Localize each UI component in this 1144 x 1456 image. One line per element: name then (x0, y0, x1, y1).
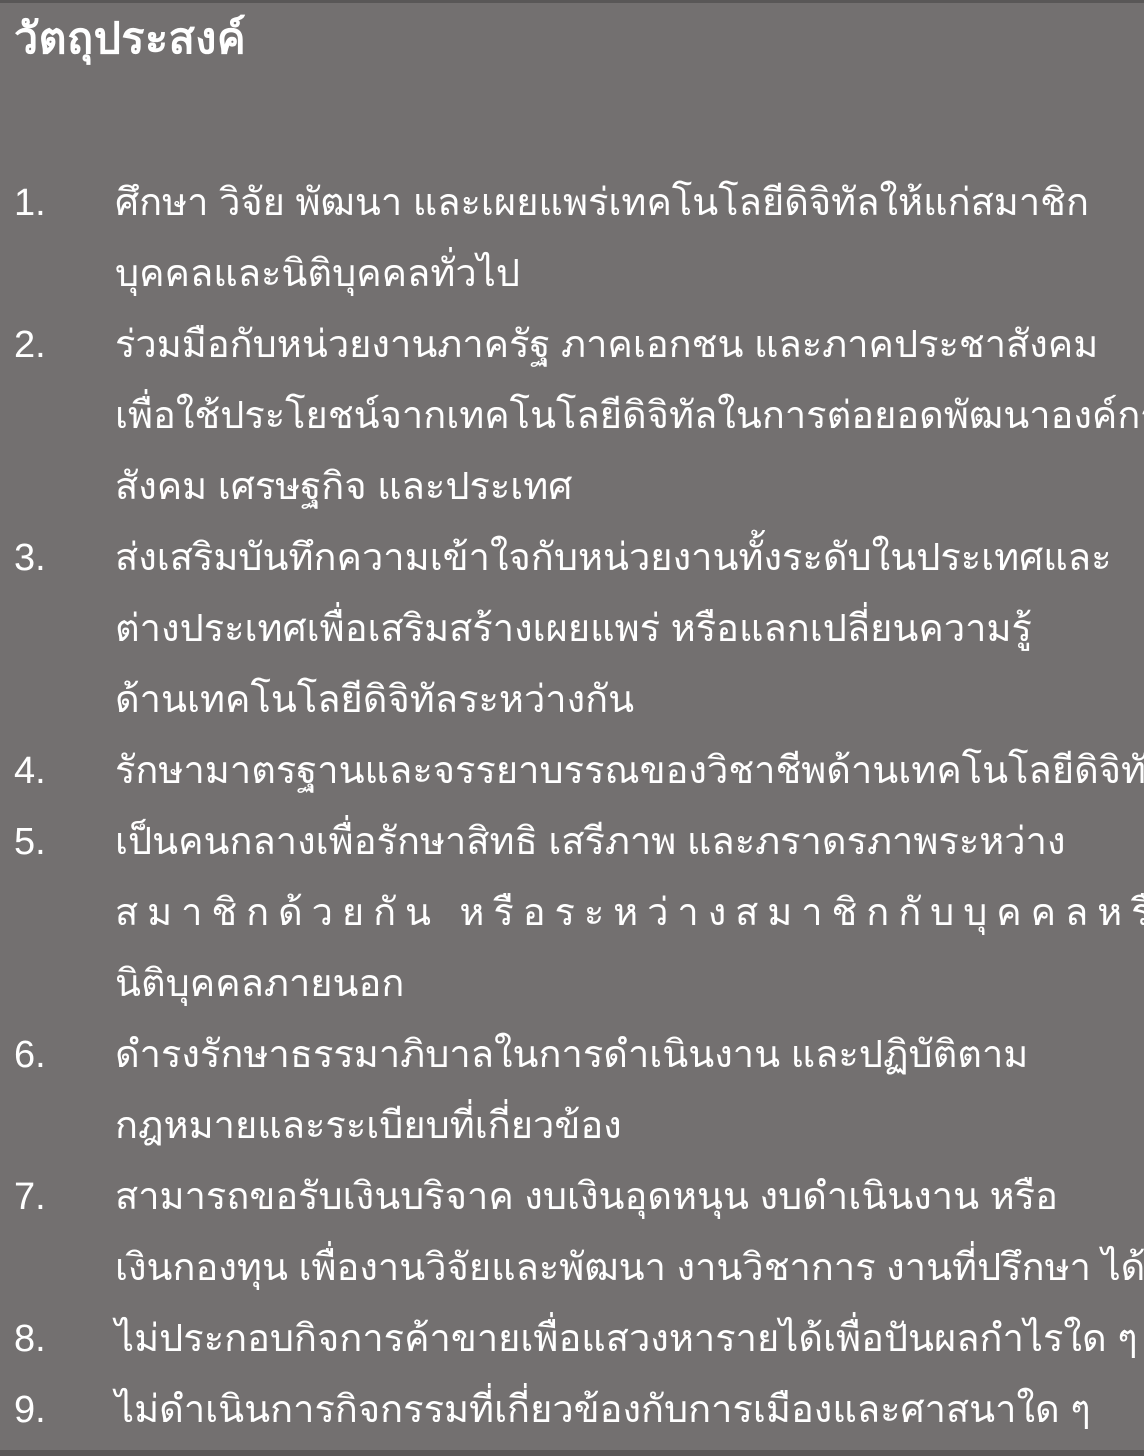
item-line: บุคคลและนิติบุคคลทั่วไป (115, 239, 1130, 310)
item-text: สามารถขอรับเงินบริจาค งบเงินอุดหนุน งบดำ… (115, 1162, 1144, 1304)
objective-item-3: 3. ส่งเสริมบันทึกความเข้าใจกับหน่วยงานทั… (12, 523, 1130, 736)
item-text: ร่วมมือกับหน่วยงานภาครัฐ ภาคเอกชน และภาค… (115, 310, 1144, 523)
objective-item-5: 5. เป็นคนกลางเพื่อรักษาสิทธิ เสรีภาพ และ… (12, 807, 1130, 1020)
item-number: 1. (12, 168, 115, 239)
item-line: เพื่อใช้ประโยชน์จากเทคโนโลยีดิจิทัลในการ… (115, 381, 1144, 452)
item-text: ส่งเสริมบันทึกความเข้าใจกับหน่วยงานทั้งร… (115, 523, 1130, 736)
item-line: ไม่ดำเนินการกิจกรรมที่เกี่ยวข้องกับการเม… (115, 1375, 1130, 1446)
item-line: เป็นคนกลางเพื่อรักษาสิทธิ เสรีภาพ และภรา… (115, 807, 1144, 878)
item-line: ด้านเทคโนโลยีดิจิทัลระหว่างกัน (115, 665, 1130, 736)
item-line: เงินกองทุน เพื่องานวิจัยและพัฒนา งานวิชา… (115, 1233, 1144, 1304)
item-line: ร่วมมือกับหน่วยงานภาครัฐ ภาคเอกชน และภาค… (115, 310, 1144, 381)
objective-item-9: 9. ไม่ดำเนินการกิจกรรมที่เกี่ยวข้องกับกา… (12, 1375, 1130, 1446)
slide: วัตถุประสงค์ 1. ศึกษา วิจัย พัฒนา และเผย… (0, 0, 1144, 1456)
item-text: เป็นคนกลางเพื่อรักษาสิทธิ เสรีภาพ และภรา… (115, 807, 1144, 1020)
item-number: 4. (12, 736, 115, 807)
objective-item-8: 8. ไม่ประกอบกิจการค้าขายเพื่อแสวงหารายได… (12, 1304, 1130, 1375)
objective-item-2: 2. ร่วมมือกับหน่วยงานภาครัฐ ภาคเอกชน และ… (12, 310, 1130, 523)
item-line: ดำรงรักษาธรรมาภิบาลในการดำเนินงาน และปฏิ… (115, 1020, 1130, 1091)
item-line: กฎหมายและระเบียบที่เกี่ยวข้อง (115, 1091, 1130, 1162)
item-line: ศึกษา วิจัย พัฒนา และเผยแพร่เทคโนโลยีดิจ… (115, 168, 1130, 239)
item-line: ส่งเสริมบันทึกความเข้าใจกับหน่วยงานทั้งร… (115, 523, 1130, 594)
objective-item-7: 7. สามารถขอรับเงินบริจาค งบเงินอุดหนุน ง… (12, 1162, 1130, 1304)
objective-item-1: 1. ศึกษา วิจัย พัฒนา และเผยแพร่เทคโนโลยี… (12, 168, 1130, 310)
item-line: นิติบุคคลภายนอก (115, 949, 1144, 1020)
item-text: ไม่ประกอบกิจการค้าขายเพื่อแสวงหารายได้เพ… (115, 1304, 1138, 1375)
item-text: ไม่ดำเนินการกิจกรรมที่เกี่ยวข้องกับการเม… (115, 1375, 1130, 1446)
item-number: 5. (12, 807, 115, 878)
item-text: รักษามาตรฐานและจรรยาบรรณของวิชาชีพด้านเท… (115, 736, 1144, 807)
item-number: 8. (12, 1304, 115, 1375)
item-number: 6. (12, 1020, 115, 1091)
item-number: 9. (12, 1375, 115, 1446)
item-line: สังคม เศรษฐกิจ และประเทศ (115, 452, 1144, 523)
item-text: ศึกษา วิจัย พัฒนา และเผยแพร่เทคโนโลยีดิจ… (115, 168, 1130, 310)
item-line: ต่างประเทศเพื่อเสริมสร้างเผยแพร่ หรือแลก… (115, 594, 1130, 665)
item-line: ไม่ประกอบกิจการค้าขายเพื่อแสวงหารายได้เพ… (115, 1304, 1138, 1375)
objective-item-6: 6. ดำรงรักษาธรรมาภิบาลในการดำเนินงาน และ… (12, 1020, 1130, 1162)
item-line: สมาชิกด้วยกัน หรือระหว่างสมาชิกกับบุคคลห… (115, 878, 1144, 949)
item-text: ดำรงรักษาธรรมาภิบาลในการดำเนินงาน และปฏิ… (115, 1020, 1130, 1162)
page-title: วัตถุประสงค์ (12, 8, 1130, 70)
item-line: สามารถขอรับเงินบริจาค งบเงินอุดหนุน งบดำ… (115, 1162, 1144, 1233)
item-number: 7. (12, 1162, 115, 1233)
objectives-list: 1. ศึกษา วิจัย พัฒนา และเผยแพร่เทคโนโลยี… (12, 168, 1130, 1446)
objective-item-4: 4. รักษามาตรฐานและจรรยาบรรณของวิชาชีพด้า… (12, 736, 1130, 807)
item-number: 2. (12, 310, 115, 381)
item-line: รักษามาตรฐานและจรรยาบรรณของวิชาชีพด้านเท… (115, 736, 1144, 807)
item-number: 3. (12, 523, 115, 594)
